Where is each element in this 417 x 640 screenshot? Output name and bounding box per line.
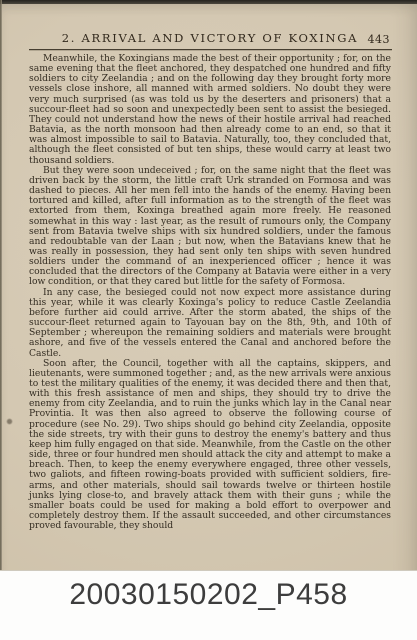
section-title: 2. ARRIVAL AND VICTORY OF KOXINGA xyxy=(29,31,391,45)
page-header: 2. ARRIVAL AND VICTORY OF KOXINGA 443 xyxy=(29,31,391,47)
catalog-number: 20030150202_P458 xyxy=(0,578,417,612)
body-paragraph: Meanwhile, the Koxingians made the best … xyxy=(29,54,391,166)
header-rule-divider xyxy=(29,49,392,50)
catalog-label-strip: 20030150202_P458 xyxy=(0,570,417,640)
scan-top-edge xyxy=(0,0,417,4)
body-paragraph: Soon after, the Council, together with a… xyxy=(29,359,391,532)
scan-left-edge xyxy=(0,0,2,572)
body-paragraph: In any case, the besieged could not now … xyxy=(29,288,391,359)
scanned-book-page: 2. ARRIVAL AND VICTORY OF KOXINGA 443 Me… xyxy=(0,0,417,640)
body-text-block: Meanwhile, the Koxingians made the best … xyxy=(29,54,391,531)
margin-ink-mark xyxy=(6,418,13,425)
page-number: 443 xyxy=(368,33,391,46)
body-paragraph: But they were soon undeceived ; for, on … xyxy=(29,166,391,288)
